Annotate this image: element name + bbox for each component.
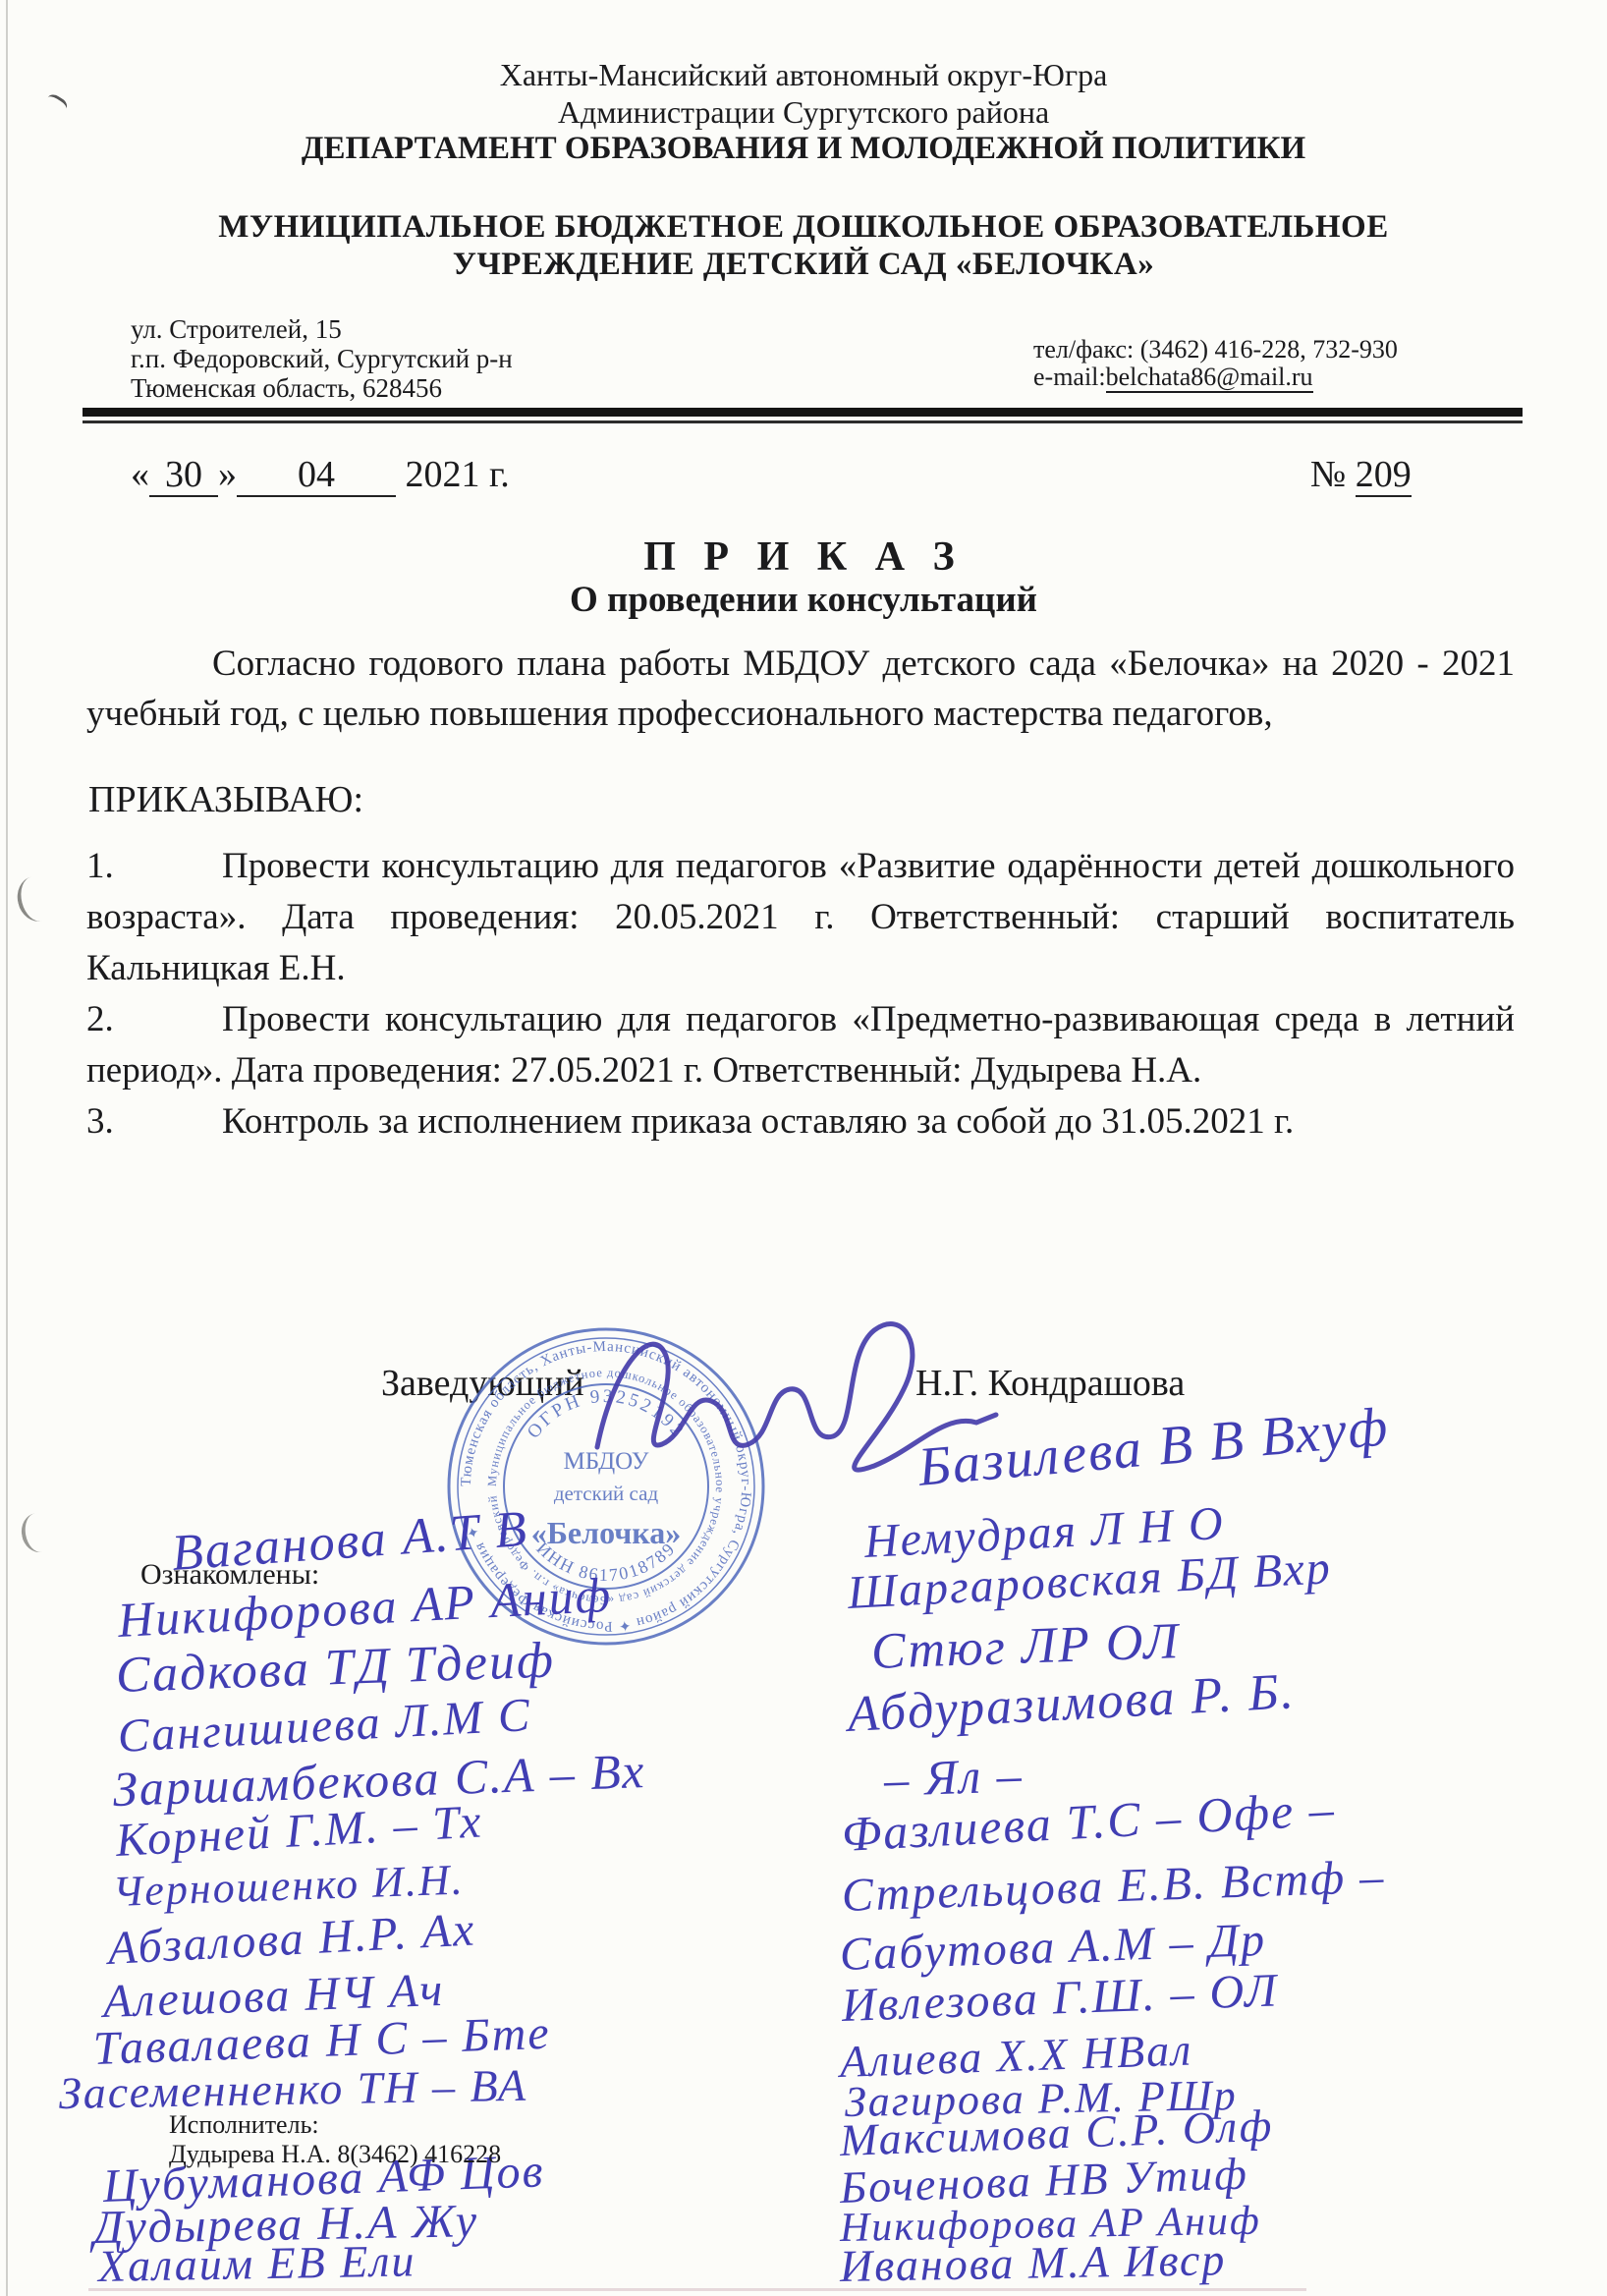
item-text: Контроль за исполнением приказа оставляю… [222, 1101, 1294, 1142]
item-text: Провести консультацию для педагогов «Пре… [86, 999, 1515, 1091]
email-line: e-mail:belchata86@mail.ru [1033, 364, 1398, 391]
date-blank [345, 462, 396, 497]
letterhead-region-line: Ханты-Мансийский автономный округ-Югра [0, 57, 1607, 93]
email-label: e-mail: [1033, 363, 1106, 391]
handwritten-signature: Стрельцова Е.В. Встф – [841, 1850, 1386, 1923]
address-block: ул. Строителей, 15 г.п. Федоровский, Сур… [131, 314, 513, 403]
order-items-list: 1.Провести консультацию для педагогов «Р… [86, 841, 1515, 1148]
item-text: Провести консультацию для педагогов «Раз… [86, 846, 1515, 988]
order-item-1: 1.Провести консультацию для педагогов «Р… [86, 841, 1515, 994]
pen-arc-artifact [19, 1510, 58, 1554]
executor-label: Исполнитель: [169, 2110, 501, 2140]
executor-name-phone: Дудырева Н.А. 8(3462) 416228 [169, 2140, 501, 2169]
address-region: Тюменская область, 628456 [131, 373, 513, 403]
item-number: 1. [86, 841, 222, 892]
address-settlement: г.п. Федоровский, Сургутский р-н [131, 344, 513, 373]
quote-open: « [131, 454, 149, 495]
date-month: 04 [288, 454, 345, 497]
date-line: «30»04 2021 г. [131, 453, 510, 497]
decree-word: ПРИКАЗЫВАЮ: [88, 778, 363, 821]
quote-close: » [218, 454, 237, 495]
number-sign: № [1310, 454, 1346, 495]
order-item-2: 2.Провести консультацию для педагогов «П… [86, 994, 1515, 1096]
executor-block: Исполнитель: Дудырева Н.А. 8(3462) 41622… [169, 2110, 501, 2169]
order-item-3: 3.Контроль за исполнением приказа оставл… [86, 1096, 1515, 1148]
pen-arc-artifact [13, 872, 60, 925]
address-street: ул. Строителей, 15 [131, 314, 513, 344]
contacts-block: тел/факс: (3462) 416-228, 732-930 e-mail… [1033, 336, 1398, 391]
scanned-order-document: Ханты-Мансийский автономный округ-Югра А… [0, 0, 1607, 2296]
letterhead-divider-thin [83, 420, 1523, 423]
number-value: 209 [1356, 454, 1412, 497]
body-paragraph: Согласно годового плана работы МБДОУ дет… [86, 639, 1515, 739]
document-title: П Р И К А З [0, 533, 1607, 581]
letterhead-admin-line: Администрации Сургутского района [0, 94, 1607, 131]
handwritten-signature: Иванова М.А Ивср [840, 2233, 1227, 2292]
date-year: 2021 г. [406, 454, 510, 495]
organization-name-line2: УЧРЕЖДЕНИЕ ДЕТСКИЙ САД «БЕЛОЧКА» [0, 247, 1607, 283]
organization-name-line1: МУНИЦИПАЛЬНОЕ БЮДЖЕТНОЕ ДОШКОЛЬНОЕ ОБРАЗ… [0, 209, 1607, 246]
handwritten-signature: Халаим ЕВ Ели [98, 2234, 416, 2292]
scan-edge-line [6, 0, 8, 2296]
letterhead-department-line: ДЕПАРТАМЕНТ ОБРАЗОВАНИЯ И МОЛОДЕЖНОЙ ПОЛ… [0, 131, 1607, 167]
letterhead-divider-thick [83, 408, 1523, 417]
email-address: belchata86@mail.ru [1106, 363, 1313, 393]
stamp-center-line3: «Белочка» [531, 1515, 681, 1550]
phone-fax-line: тел/факс: (3462) 416-228, 732-930 [1033, 336, 1398, 364]
document-subtitle: О проведении консультаций [0, 579, 1607, 621]
item-number: 3. [86, 1096, 222, 1148]
item-number: 2. [86, 994, 222, 1045]
document-number: № 209 [1310, 453, 1412, 496]
date-day: 30 [149, 454, 218, 497]
date-blank [237, 462, 288, 497]
